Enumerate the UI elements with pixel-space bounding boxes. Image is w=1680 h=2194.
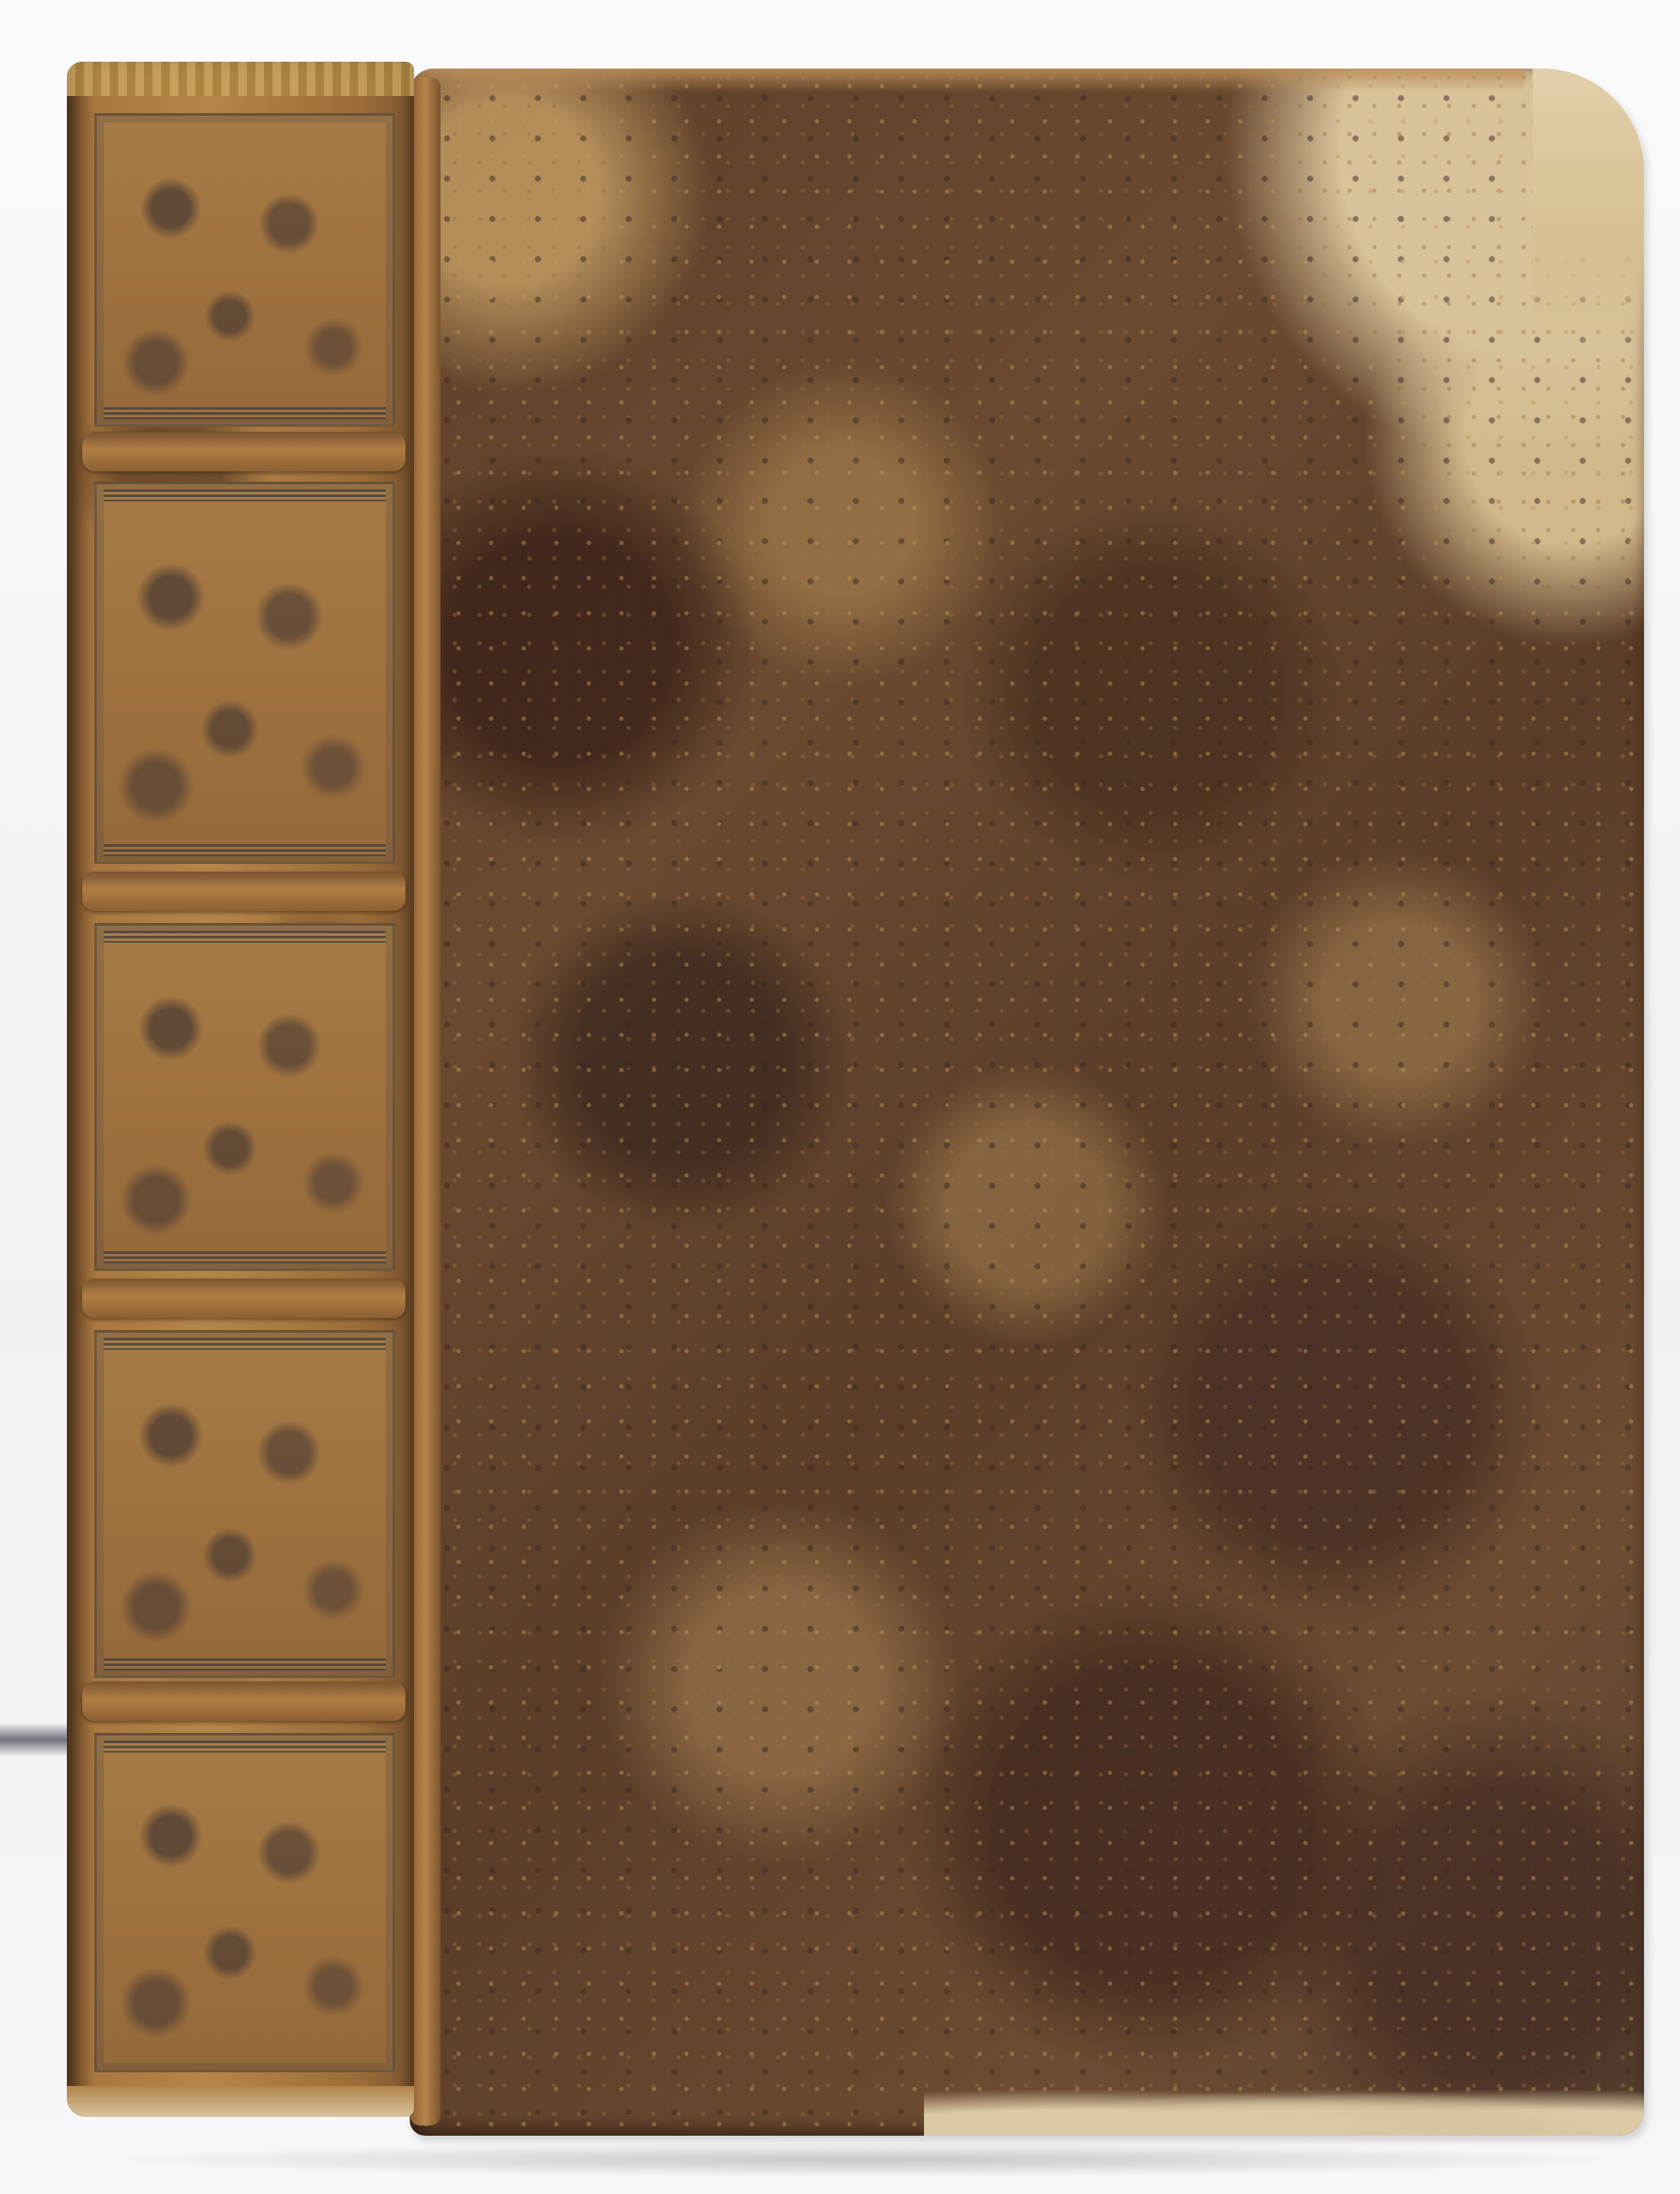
book-drop-shadow — [94, 2143, 1637, 2177]
top-edge-wear — [410, 69, 1524, 93]
panel-rule — [104, 1741, 386, 1753]
spine-panel-1 — [94, 113, 395, 427]
raised-band — [82, 1681, 405, 1721]
hinge-joint — [410, 77, 441, 2125]
frayed-bottom-edge — [924, 2076, 1644, 2136]
panel-rule — [104, 489, 386, 501]
spine-panel-3 — [94, 923, 395, 1271]
spine-panel-4 — [94, 1330, 395, 1678]
panel-rule — [104, 1251, 386, 1263]
spine-headcap — [67, 62, 414, 96]
book-spine — [67, 62, 414, 2117]
panel-rule — [104, 407, 386, 419]
panel-rule — [104, 844, 386, 856]
spine-tailcap — [67, 2086, 414, 2117]
spine-panel-5 — [94, 1733, 395, 2072]
front-cover — [410, 69, 1644, 2136]
leather-mottling — [410, 69, 1644, 2136]
raised-band — [82, 432, 405, 471]
panel-rule — [104, 1658, 386, 1670]
raised-band — [82, 872, 405, 911]
spine-panel-label — [94, 482, 395, 864]
raised-band — [82, 1279, 405, 1318]
panel-rule — [104, 931, 386, 943]
panel-rule — [104, 1338, 386, 1350]
